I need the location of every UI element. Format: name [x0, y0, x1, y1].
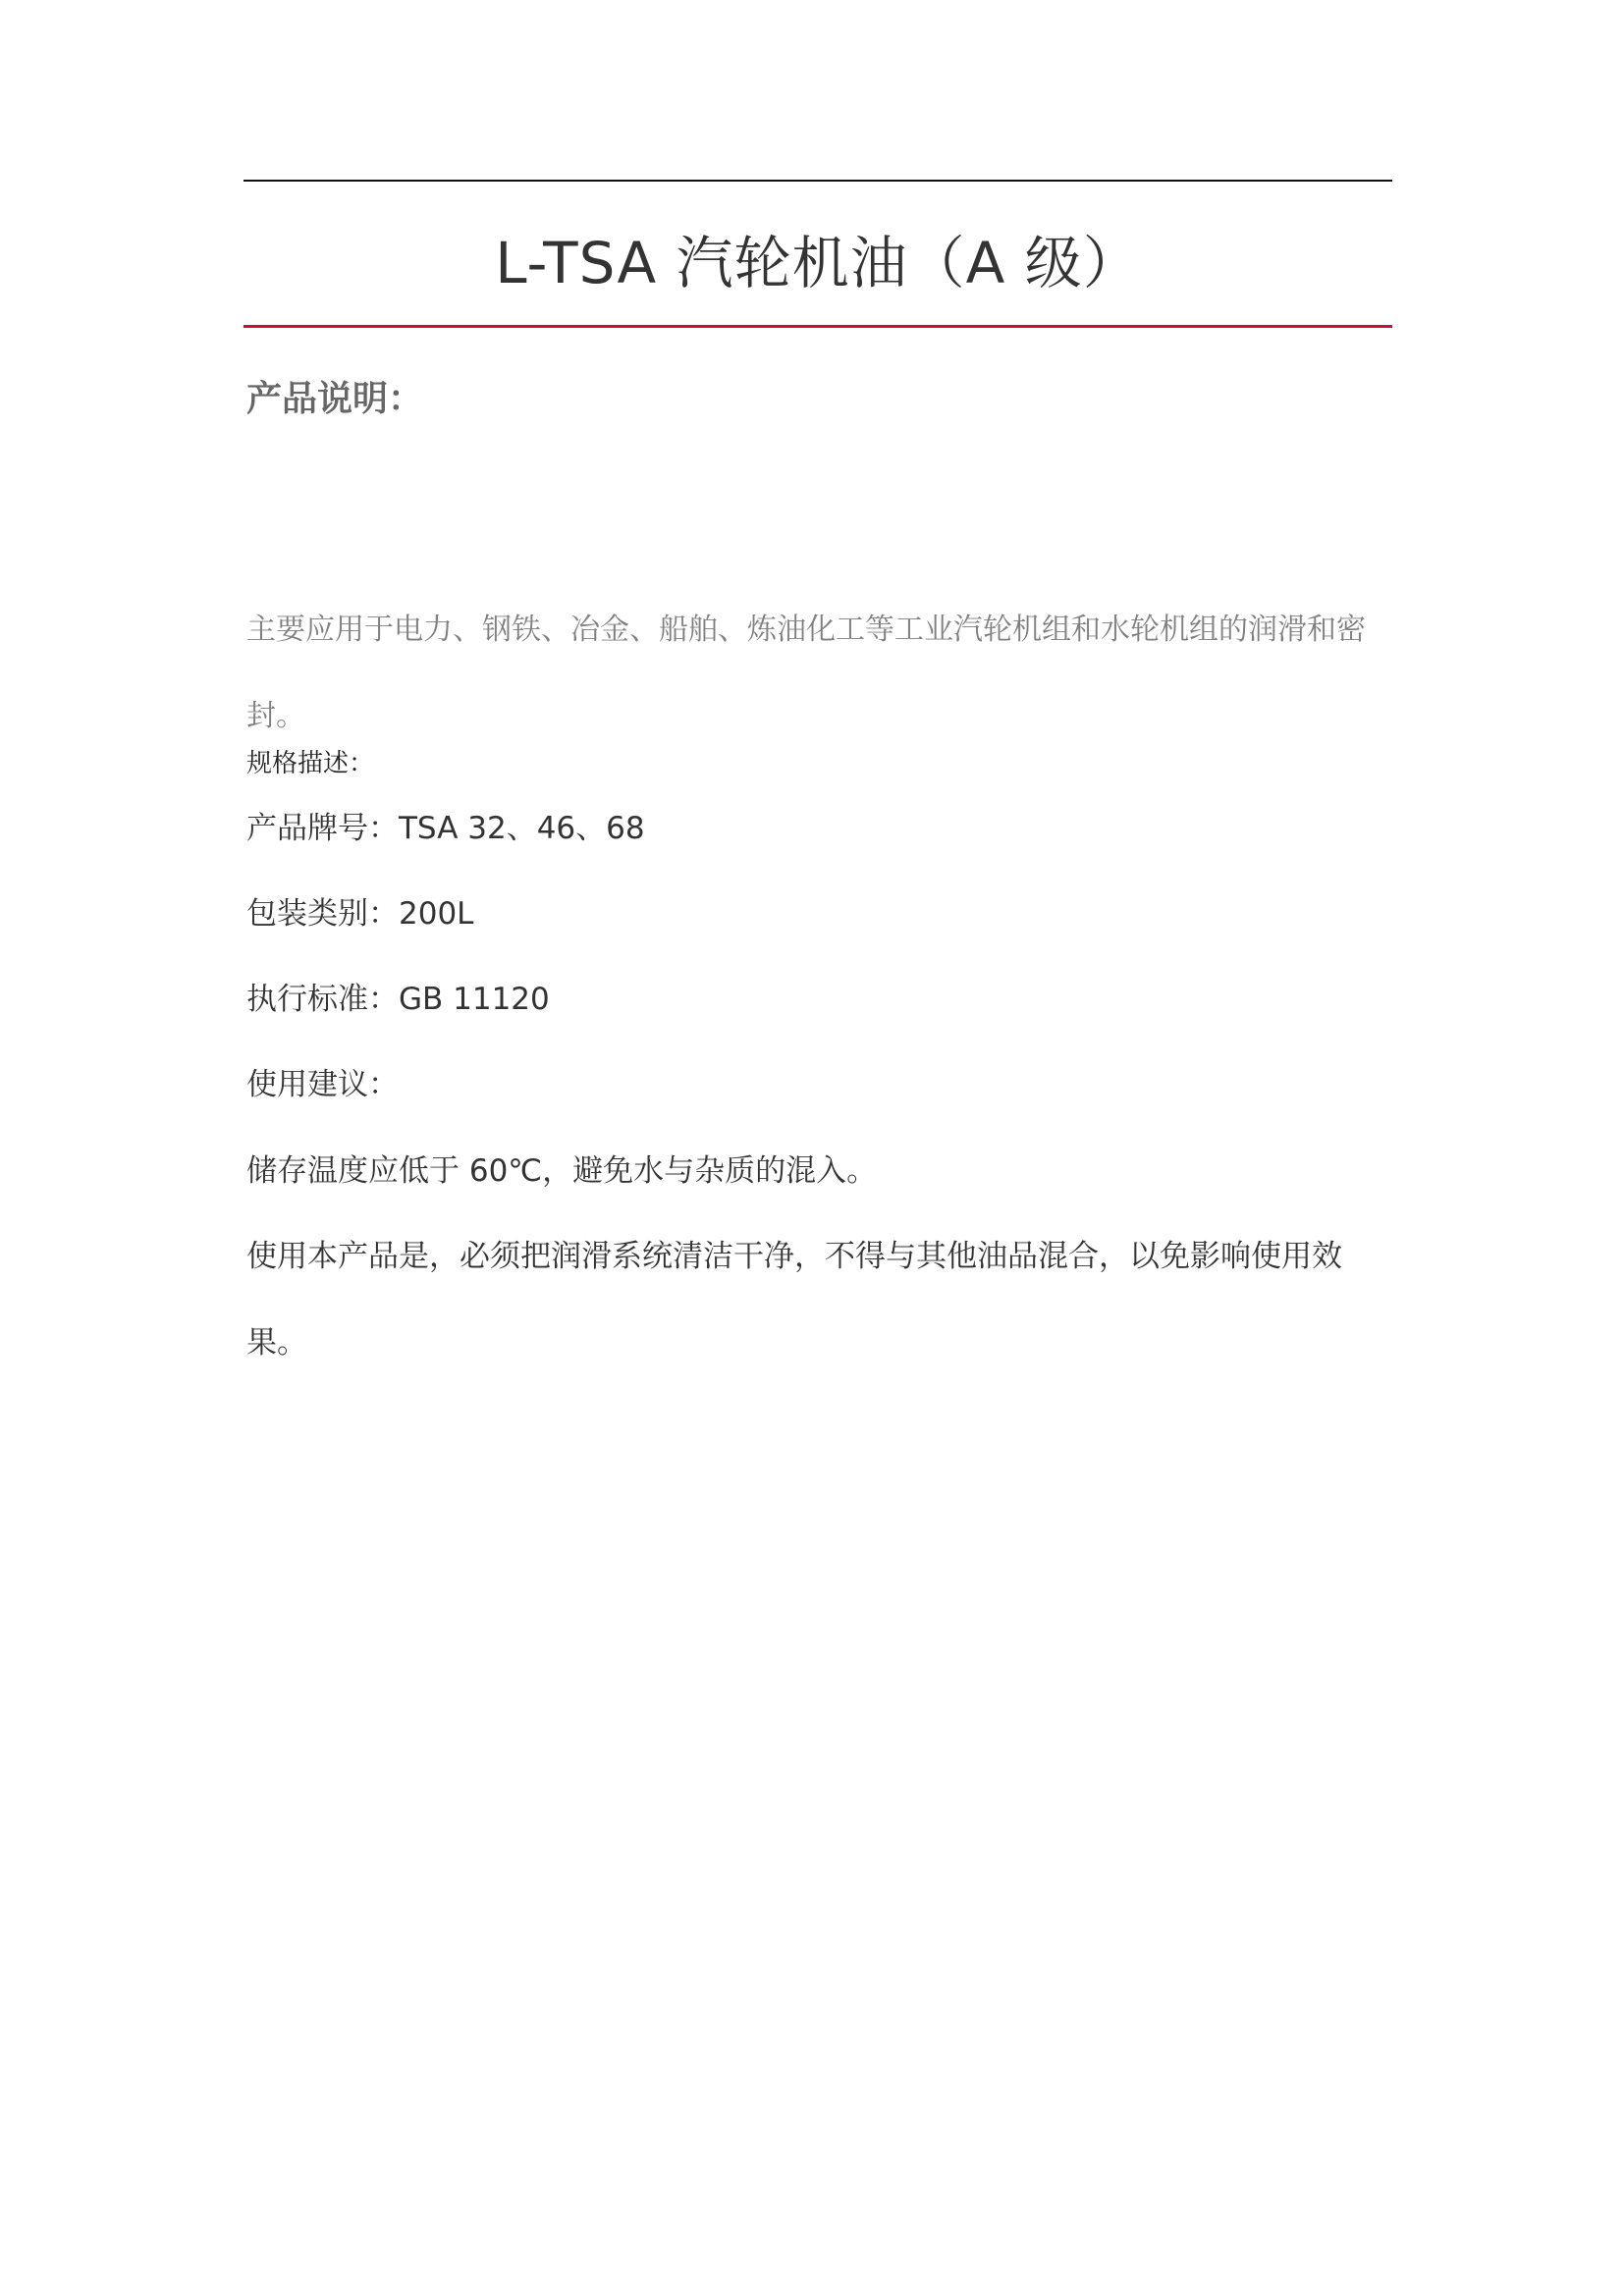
spec-standard: 执行标准：GB 11120	[246, 978, 550, 1021]
spec-product-grade: 产品牌号：TSA 32、46、68	[246, 807, 645, 850]
spec-description-label: 规格描述：	[246, 746, 374, 781]
title-underline-divider	[244, 325, 1392, 328]
usage-advice-label: 使用建议：	[246, 1063, 399, 1106]
usage-storage-note: 储存温度应低于 60℃，避免水与杂质的混入。	[246, 1149, 877, 1193]
section-heading-product-description: 产品说明：	[246, 375, 423, 424]
top-divider	[244, 180, 1392, 182]
usage-cleaning-note: 使用本产品是，必须把润滑系统清洁干净，不得与其他油品混合，以免影响使用效果。	[246, 1213, 1400, 1386]
product-description: 主要应用于电力、钢铁、冶金、船舶、炼油化工等工业汽轮机组和水轮机组的润滑和密封。	[246, 587, 1395, 760]
spec-packaging: 包装类别：200L	[246, 892, 473, 935]
page-title: L-TSA 汽轮机油（A 级）	[244, 224, 1392, 302]
